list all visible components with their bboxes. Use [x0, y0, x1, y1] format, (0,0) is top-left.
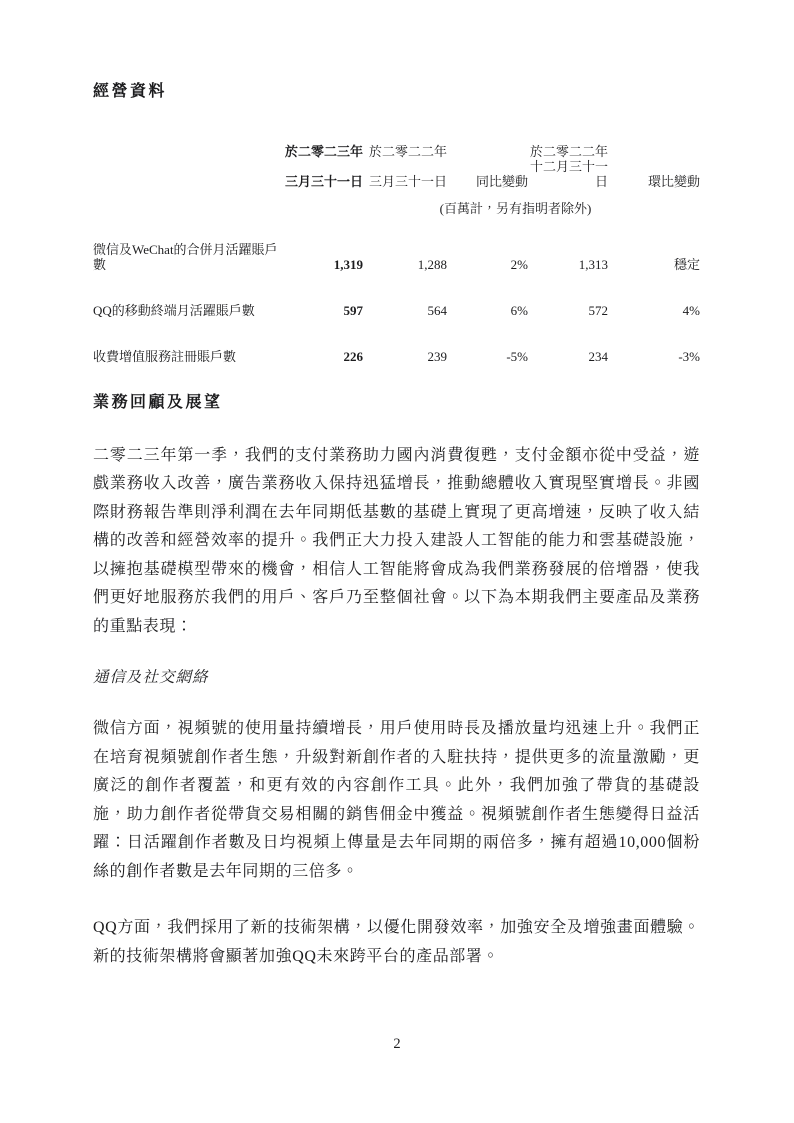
cell-value: 穩定 [608, 216, 700, 273]
cell-value: 6% [447, 273, 528, 319]
table-unit-note-row: (百萬計，另有指明者除外) [93, 189, 700, 216]
table-row: 微信及WeChat的合併月活躍賬戶數 1,319 1,288 2% 1,313 … [93, 216, 700, 273]
cell-value: 564 [363, 273, 447, 319]
communication-social-subheading: 通信及社交網絡 [93, 665, 700, 687]
cell-value: 2% [447, 216, 528, 273]
operating-data-table: 於二零二三年 於二零二二年 於二零二二年 三月三十一日 三月三十一日 同比變動 … [93, 133, 700, 365]
document-page: 經營資料 於二零二三年 於二零二二年 於二零二二年 三月三十一日 三月三十一日 … [0, 0, 794, 1123]
col-header-yoy-line1 [447, 133, 528, 159]
table-row: QQ的移動終端月活躍賬戶數 597 564 6% 572 4% [93, 273, 700, 319]
cell-value: 1,313 [528, 216, 608, 273]
business-review-intro-paragraph: 二零二三年第一季，我們的支付業務助力國內消費復甦，支付金額亦從中受益，遊戲業務收… [93, 442, 700, 642]
cell-value: 234 [528, 319, 608, 365]
col-header-qoq-line2: 環比變動 [608, 159, 700, 189]
cell-value: -5% [447, 319, 528, 365]
col-header-2022mar-line2: 三月三十一日 [363, 159, 447, 189]
wechat-paragraph: 微信方面，視頻號的使用量持續增長，用戶使用時長及播放量均迅速上升。我們正在培育視… [93, 715, 700, 886]
cell-value: 4% [608, 273, 700, 319]
cell-value: 1,288 [363, 216, 447, 273]
cell-value: 239 [363, 319, 447, 365]
unit-note-spacer [93, 189, 363, 216]
cell-value: 597 [278, 273, 363, 319]
table-row: 收費增值服務註冊賬戶數 226 239 -5% 234 -3% [93, 319, 700, 365]
operating-data-heading: 經營資料 [93, 78, 700, 101]
header-spacer [93, 133, 278, 159]
cell-value: 572 [528, 273, 608, 319]
unit-note: (百萬計，另有指明者除外) [363, 189, 700, 216]
cell-value: 226 [278, 319, 363, 365]
cell-value: -3% [608, 319, 700, 365]
cell-value: 1,319 [278, 216, 363, 273]
col-header-2023-line1: 於二零二三年 [278, 133, 363, 159]
row-label-wechat-mau: 微信及WeChat的合併月活躍賬戶數 [93, 216, 278, 273]
header-spacer [93, 159, 278, 189]
col-header-2023-line2: 三月三十一日 [278, 159, 363, 189]
col-header-yoy-line2: 同比變動 [447, 159, 528, 189]
table-header-row-1: 於二零二三年 於二零二二年 於二零二二年 [93, 133, 700, 159]
qq-paragraph: QQ方面，我們採用了新的技術架構，以優化開發效率，加強安全及增強畫面體驗。新的技… [93, 914, 700, 971]
col-header-2022dec-line2: 十二月三十一日 [528, 159, 608, 189]
page-number: 2 [0, 1036, 794, 1053]
col-header-2022mar-line1: 於二零二二年 [363, 133, 447, 159]
table-header-row-2: 三月三十一日 三月三十一日 同比變動 十二月三十一日 環比變動 [93, 159, 700, 189]
col-header-2022dec-line1: 於二零二二年 [528, 133, 608, 159]
business-review-heading: 業務回顧及展望 [93, 389, 700, 412]
col-header-qoq-line1 [608, 133, 700, 159]
row-label-qq-mau: QQ的移動終端月活躍賬戶數 [93, 273, 278, 319]
row-label-vas-accounts: 收費增值服務註冊賬戶數 [93, 319, 278, 365]
